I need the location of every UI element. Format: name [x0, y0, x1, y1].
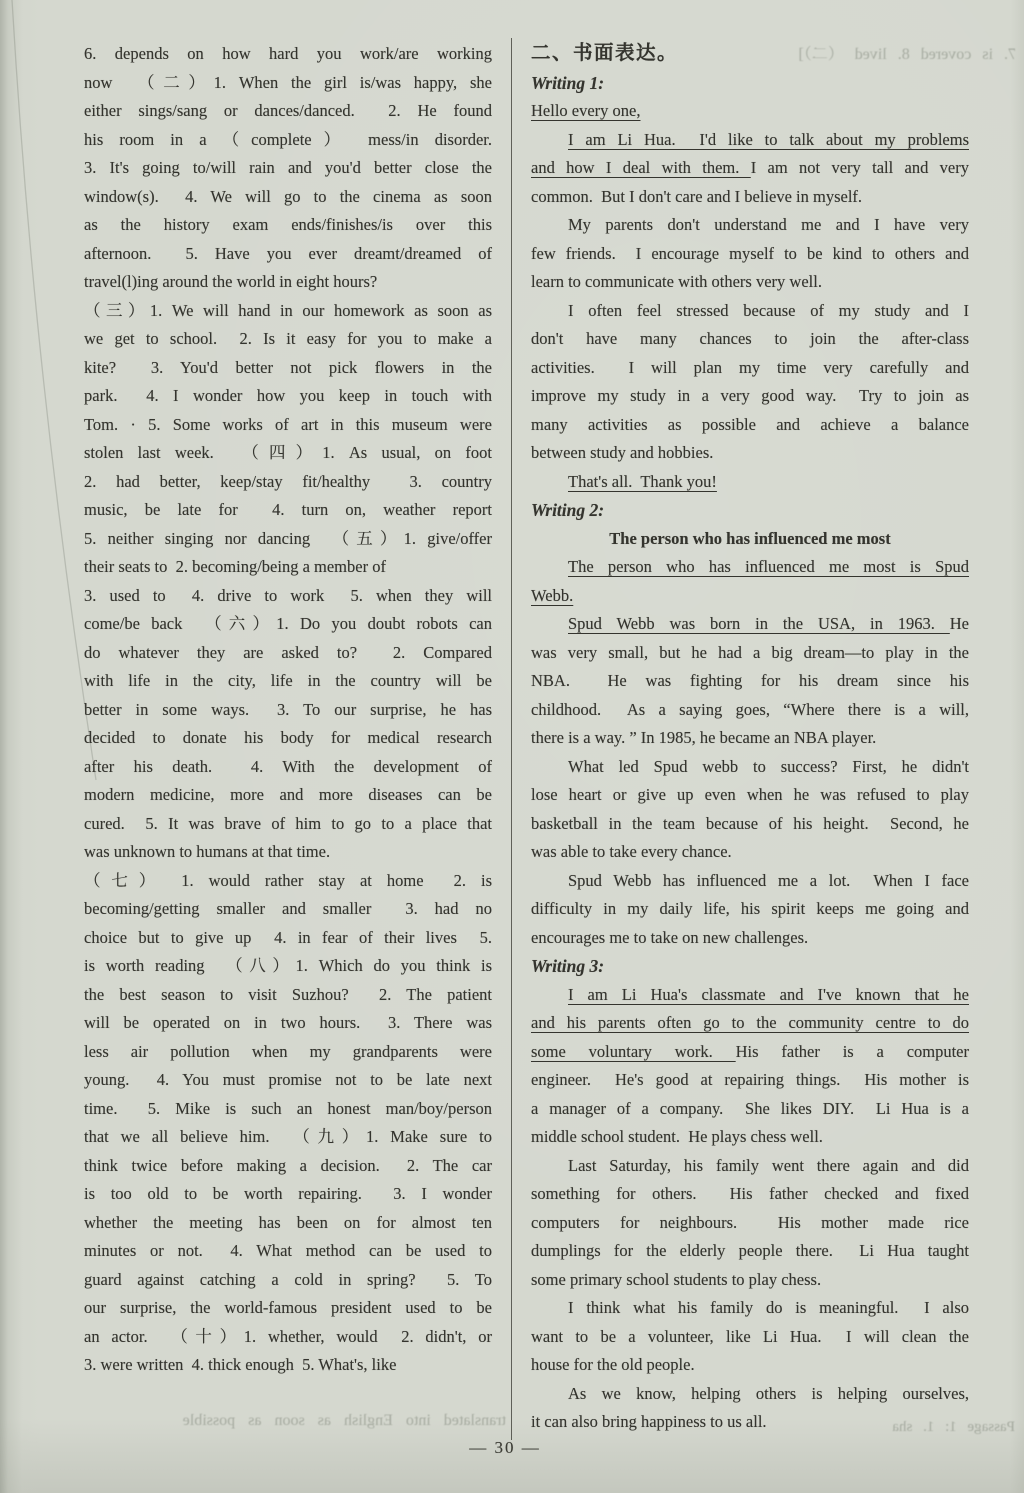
text-line: Hello every one,	[531, 97, 969, 126]
text-line: basketball in the team because of his he…	[531, 810, 969, 839]
text-line: Writing 2:	[531, 496, 969, 525]
text-line: My parents don't understand me and I hav…	[531, 211, 969, 240]
column-divider-line	[511, 38, 512, 1440]
text-line: I think what his family do is meaningful…	[531, 1294, 969, 1323]
text-line: better in some ways. 3. To our surprise,…	[84, 696, 492, 725]
text-line: that we all believe him. （九）1. Make sure…	[84, 1123, 492, 1152]
text-line: travel(l)ing around the world in eight h…	[84, 268, 492, 297]
text-line: do whatever they are asked to? 2. Compar…	[84, 639, 492, 668]
text-line: minutes or not. 4. What method can be us…	[84, 1237, 492, 1266]
text-line: 5. neither singing nor dancing （五）1. giv…	[84, 525, 492, 554]
text-line: think twice before making a decision. 2.…	[84, 1152, 492, 1181]
text-line: I am Li Hua's classmate and I've known t…	[531, 981, 969, 1010]
text-line: cured. 5. It was brave of him to go to a…	[84, 810, 492, 839]
text-line: Last Saturday, his family went there aga…	[531, 1152, 969, 1181]
text-line: kite? 3. You'd better not pick flowers i…	[84, 354, 492, 383]
text-line: I often feel stressed because of my stud…	[531, 297, 969, 326]
text-line: time. 5. Mike is such an honest man/boy/…	[84, 1095, 492, 1124]
text-line: window(s). 4. We will go to the cinema a…	[84, 183, 492, 212]
text-line: common. But I don't care and I believe i…	[531, 183, 969, 212]
text-line: As we know, helping others is helping ou…	[531, 1380, 969, 1409]
text-line: 3. used to 4. drive to work 5. when they…	[84, 582, 492, 611]
text-line: something for others. His father checked…	[531, 1180, 969, 1209]
text-line: young. 4. You must promise not to be lat…	[84, 1066, 492, 1095]
text-line: stolen last week. （四）1. As usual, on foo…	[84, 439, 492, 468]
page-number: — 30 —	[420, 1438, 590, 1458]
text-line: our surprise, the world-famous president…	[84, 1294, 492, 1323]
text-line: a manager of a company. She likes DIY. L…	[531, 1095, 969, 1124]
text-line: （七） 1. would rather stay at home 2. is	[84, 867, 492, 896]
text-line: 3. It's going to/will rain and you'd bet…	[84, 154, 492, 183]
text-line: Spud Webb was born in the USA, in 1963. …	[531, 610, 969, 639]
text-line: modern medicine, more and more diseases …	[84, 781, 492, 810]
text-line: with life in the city, life in the count…	[84, 667, 492, 696]
text-line: choice but to give up 4. in fear of thei…	[84, 924, 492, 953]
text-line: 6. depends on how hard you work/are work…	[84, 40, 492, 69]
text-line: middle school student. He plays chess we…	[531, 1123, 969, 1152]
text-line: his room in a （complete） mess/in disorde…	[84, 126, 492, 155]
text-line: Tom. · 5. Some works of art in this muse…	[84, 411, 492, 440]
text-line: What led Spud webb to success? First, he…	[531, 753, 969, 782]
text-line: 3. were written 4. thick enough 5. What'…	[84, 1351, 492, 1380]
text-line: and how I deal with them. I am not very …	[531, 154, 969, 183]
text-line: activities. I will plan my time very car…	[531, 354, 969, 383]
text-line: lose heart or give up even when he was r…	[531, 781, 969, 810]
text-line: The person who has influenced me most is…	[531, 553, 969, 582]
text-line: many activities as possible and achieve …	[531, 411, 969, 440]
text-line: whether the meeting has been on for almo…	[84, 1209, 492, 1238]
text-line: is too old to be worth repairing. 3. I w…	[84, 1180, 492, 1209]
text-line: Spud Webb has influenced me a lot. When …	[531, 867, 969, 896]
text-line: music, be late for 4. turn on, weather r…	[84, 496, 492, 525]
left-answer-column: 6. depends on how hard you work/are work…	[84, 40, 492, 1380]
text-line: some primary school students to play che…	[531, 1266, 969, 1295]
text-line: don't have many chances to join the afte…	[531, 325, 969, 354]
text-line: after his death. 4. With the development…	[84, 753, 492, 782]
text-line: Writing 1:	[531, 69, 969, 98]
text-line: engineer. He's good at repairing things.…	[531, 1066, 969, 1095]
text-line: is worth reading （八）1. Which do you thin…	[84, 952, 492, 981]
text-line: That's all. Thank you!	[531, 468, 969, 497]
text-line: park. 4. I wonder how you keep in touch …	[84, 382, 492, 411]
text-line: dumplings for the elderly people there. …	[531, 1237, 969, 1266]
text-line: there is a way. ” In 1985, he became an …	[531, 724, 969, 753]
text-line: an actor. （十）1. whether, would 2. didn't…	[84, 1323, 492, 1352]
text-line: encourages me to take on new challenges.	[531, 924, 969, 953]
text-line: 2. had better, keep/stay fit/healthy 3. …	[84, 468, 492, 497]
text-line: some voluntary work. His father is a com…	[531, 1038, 969, 1067]
text-line: 二、书面表达。	[531, 40, 969, 69]
text-line: the best season to visit Suzhou? 2. The …	[84, 981, 492, 1010]
text-line: afternoon. 5. Have you ever dreamt/dream…	[84, 240, 492, 269]
text-line: （三）1. We will hand in our homework as so…	[84, 297, 492, 326]
text-line: improve my study in a very good way. Try…	[531, 382, 969, 411]
right-essay-column: 二、书面表达。Writing 1:Hello every one,I am Li…	[531, 40, 969, 1437]
text-line: Writing 3:	[531, 952, 969, 981]
text-line: difficulty in my daily life, his spirit …	[531, 895, 969, 924]
text-line: we get to school. 2. Is it easy for you …	[84, 325, 492, 354]
text-line: as the history exam ends/finishes/is ove…	[84, 211, 492, 240]
scanned-workbook-page: 7. is covered 8. lived （二）] 6. depends o…	[0, 0, 1024, 1493]
text-line: computers for neighbours. His mother mad…	[531, 1209, 969, 1238]
text-line: was very small, but he had a big dream—t…	[531, 639, 969, 668]
text-line: Webb.	[531, 582, 969, 611]
text-line: learn to communicate with others very we…	[531, 268, 969, 297]
text-line: house for the old people.	[531, 1351, 969, 1380]
text-line: want to be a volunteer, like Li Hua. I w…	[531, 1323, 969, 1352]
text-line: becoming/getting smaller and smaller 3. …	[84, 895, 492, 924]
text-line: come/be back （六）1. Do you doubt robots c…	[84, 610, 492, 639]
text-line: either sings/sang or dances/danced. 2. H…	[84, 97, 492, 126]
text-line: their seats to 2. becoming/being a membe…	[84, 553, 492, 582]
text-line: and his parents often go to the communit…	[531, 1009, 969, 1038]
bleed-through-text-bottom-left: translated into English as soon as possi…	[70, 1412, 506, 1430]
text-line: between study and hobbies.	[531, 439, 969, 468]
text-line: will be operated on in two hours. 3. The…	[84, 1009, 492, 1038]
text-line: NBA. He was fighting for his dream since…	[531, 667, 969, 696]
text-line: was unknown to humans at that time.	[84, 838, 492, 867]
text-line: was able to take every chance.	[531, 838, 969, 867]
text-line: The person who has influenced me most	[531, 525, 969, 554]
text-line: I am Li Hua. I'd like to talk about my p…	[531, 126, 969, 155]
text-line: less air pollution when my grandparents …	[84, 1038, 492, 1067]
bleed-through-text-bottom-right: Passage 1: 1. sha	[695, 1419, 1015, 1436]
text-line: few friends. I encourage myself to be ki…	[531, 240, 969, 269]
text-line: decided to donate his body for medical r…	[84, 724, 492, 753]
text-line: childhood. As a saying goes, “Where ther…	[531, 696, 969, 725]
text-line: now （二）1. When the girl is/was happy, sh…	[84, 69, 492, 98]
text-line: guard against catching a cold in spring?…	[84, 1266, 492, 1295]
